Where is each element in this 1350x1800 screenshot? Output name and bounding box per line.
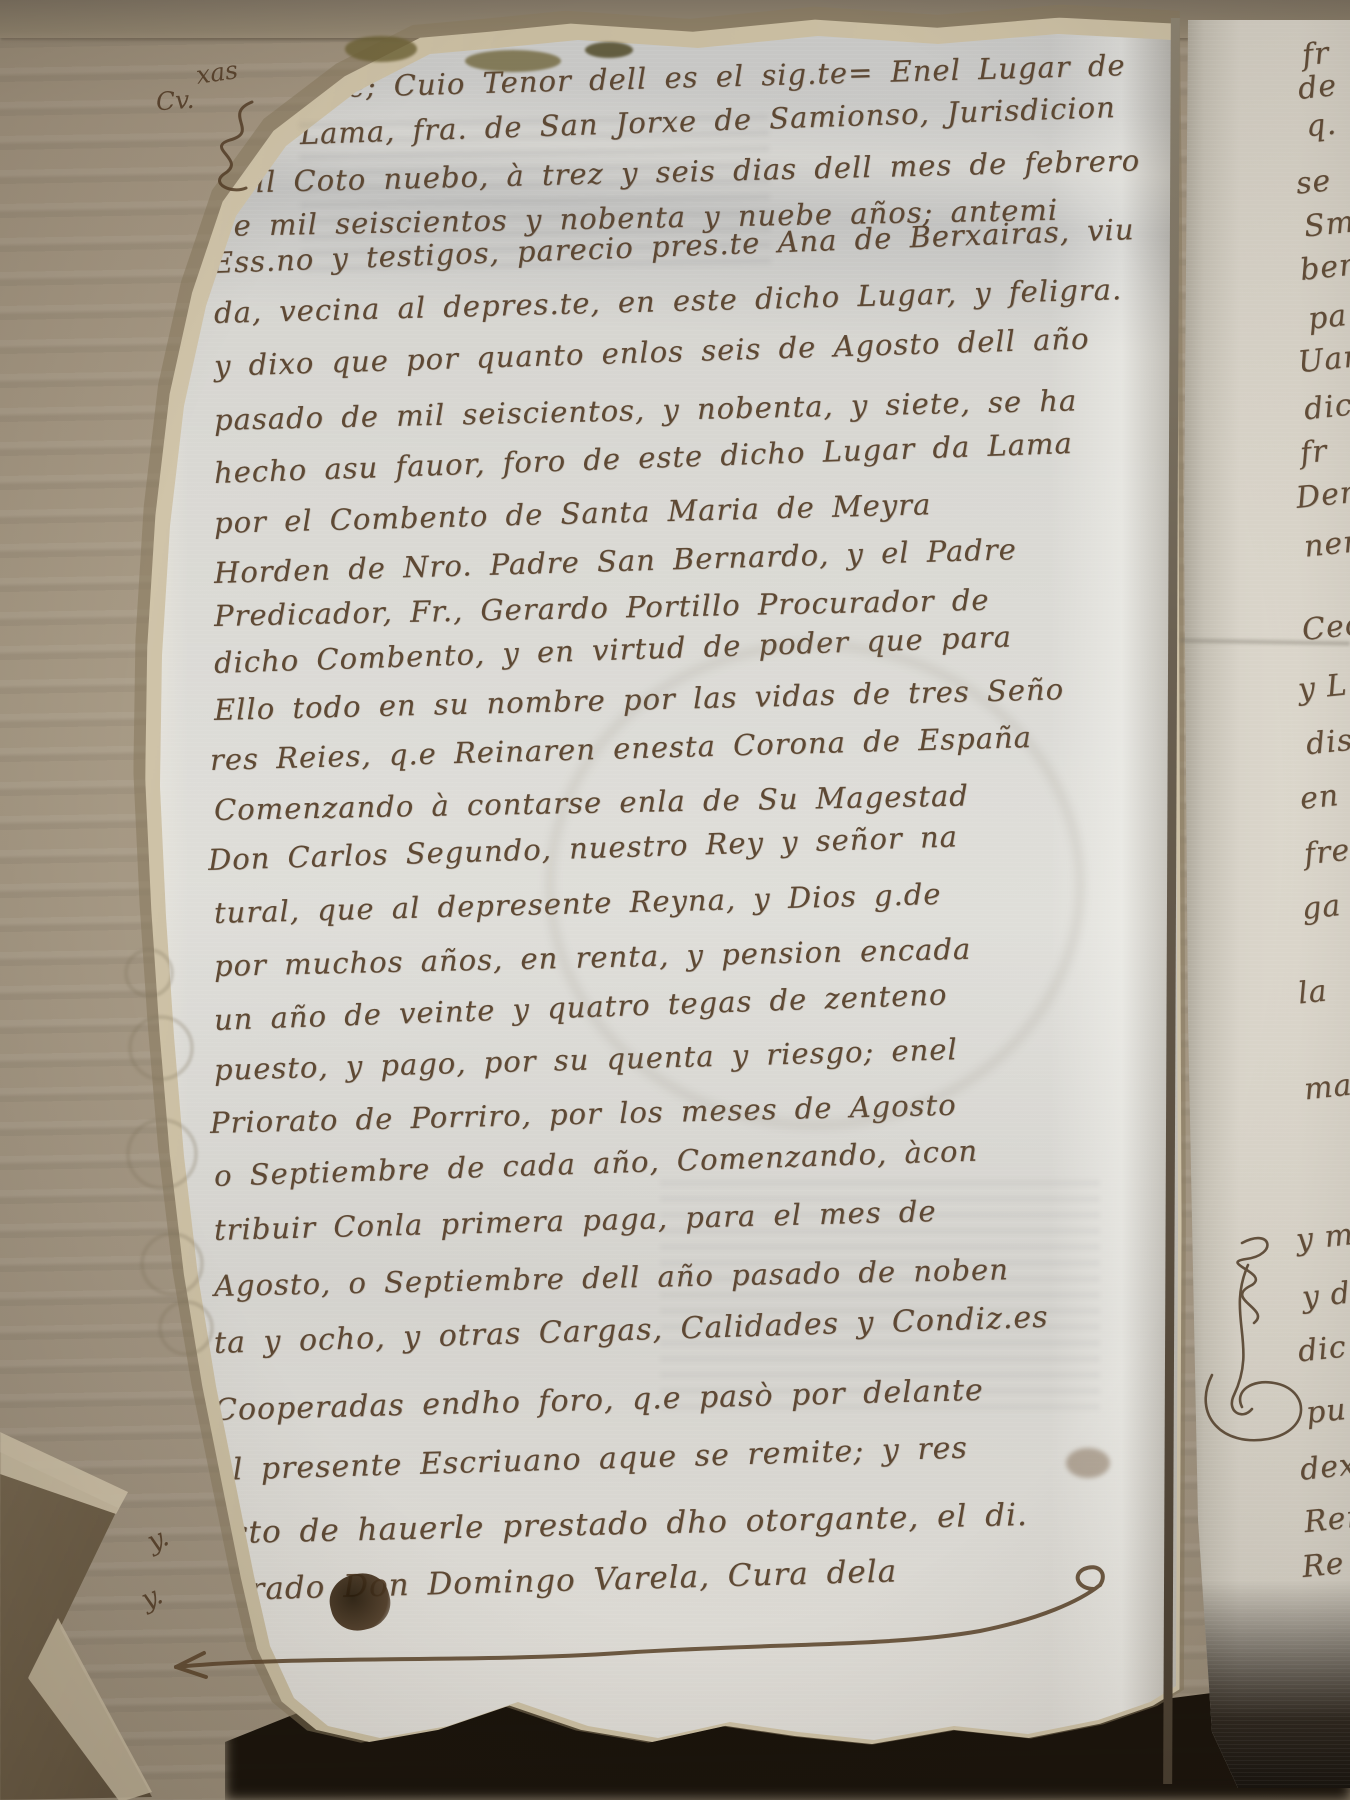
ink-smudge (1066, 1448, 1110, 1478)
manuscript-line: dell Coto nuebo, à trez y seis dias dell… (218, 143, 1141, 200)
manuscript-photo: y nuebe; Cuio Tenor dell es el sig.te= E… (0, 0, 1350, 1800)
partial-word-fragment: se (1294, 163, 1333, 201)
partial-word-fragment: en (1298, 778, 1341, 817)
manuscript-line: pecto de hauerle prestado dho otorgante,… (190, 1497, 1029, 1552)
manuscript-line: ta y ocho, y otras Cargas, Calidades y C… (213, 1300, 1049, 1361)
partial-word-fragment: Re (1300, 1546, 1346, 1585)
manuscript-line: res Reies, q.e Reinaren enesta Corona de… (210, 720, 1033, 777)
manuscript-line: Ello todo en su nombre por las vidas de … (214, 672, 1065, 727)
margin-note: xas (194, 55, 239, 90)
manuscript-line: por el Combento de Santa Maria de Meyra (214, 487, 932, 540)
partial-word-fragment: Ren (1302, 1499, 1350, 1540)
manuscript-line: o Septiembre de cada año, Comenzando, àc… (213, 1134, 978, 1193)
manuscript-line: pasado de mil seiscientos, y nobenta, y … (214, 383, 1078, 437)
manuscript-line: Don Carlos Segundo, nuestro Rey y señor … (207, 819, 958, 877)
partial-word-fragment: ben (1298, 247, 1350, 288)
manuscript-line: puesto, y pago, por su quenta y riesgo; … (214, 1032, 959, 1087)
partial-word-fragment: fre (1302, 833, 1350, 873)
manuscript-right-page: frdeq.seSmbenpaUandicfrDernerCeoy Ldisen… (1178, 20, 1350, 1788)
manuscript-left-page: y nuebe; Cuio Tenor dell es el sig.te= E… (118, 26, 1180, 1780)
manuscript-line: un año de veinte y quatro tegas de zente… (213, 977, 948, 1037)
partial-word-fragment: ga (1300, 888, 1343, 927)
margin-note: Cv. (155, 85, 195, 117)
partial-word-fragment: pa (1306, 298, 1349, 337)
manuscript-line: Comenzando à contarse enla de Su Magesta… (214, 779, 969, 827)
partial-word-fragment: de (1296, 68, 1338, 107)
manuscript-line: Agosto, o Septiembre dell año pasado de … (214, 1252, 1010, 1303)
partial-word-fragment: ma (1302, 1068, 1350, 1108)
margin-tick: y. (143, 1521, 173, 1557)
partial-word-fragment: Sm (1302, 204, 1350, 244)
partial-word-fragment: fr (1298, 434, 1329, 472)
manuscript-line: Priorato de Porriro, por los meses de Ag… (210, 1088, 957, 1140)
partial-word-fragment: dis (1304, 723, 1350, 763)
partial-word-fragment: la (1296, 974, 1329, 1012)
partial-word-fragment: dic (1302, 388, 1350, 428)
partial-word-fragment: fr (1300, 36, 1331, 74)
manuscript-line: el presente Escriuano aque se remite; y … (213, 1431, 968, 1488)
manuscript-line: y dixo que por quanto enlos seis de Agos… (213, 321, 1090, 382)
partial-word-fragment: q. (1304, 106, 1338, 144)
partial-word-fragment: Der (1294, 475, 1350, 516)
manuscript-line: tribuir Conla primera paga, para el mes … (214, 1194, 937, 1247)
manuscript-line: tural, que al depresente Reyna, y Dios g… (214, 877, 942, 930)
binding-residue (585, 42, 633, 58)
notary-rubric (1182, 1225, 1350, 1465)
margin-rubric-curl (202, 96, 272, 206)
manuscript-line: da, vecina al depres.te, en este dicho L… (214, 272, 1123, 330)
partial-word-fragment: y L (1296, 668, 1349, 708)
binding-residue (465, 50, 561, 72)
binding-residue (345, 36, 417, 62)
partial-word-fragment: Uan (1296, 339, 1350, 381)
manuscript-line: hecho asu fauor, foro de este dicho Luga… (213, 426, 1073, 490)
partial-word-fragment: ner (1302, 524, 1350, 564)
underline-flourish (150, 1555, 1150, 1695)
manuscript-line: por muchos años, en renta, y pension enc… (214, 932, 972, 983)
manuscript-line: Cooperadas endho foro, q.e pasò por dela… (214, 1373, 985, 1428)
manuscript-line: Horden de Nro. Padre San Bernardo, y el … (213, 532, 1017, 590)
